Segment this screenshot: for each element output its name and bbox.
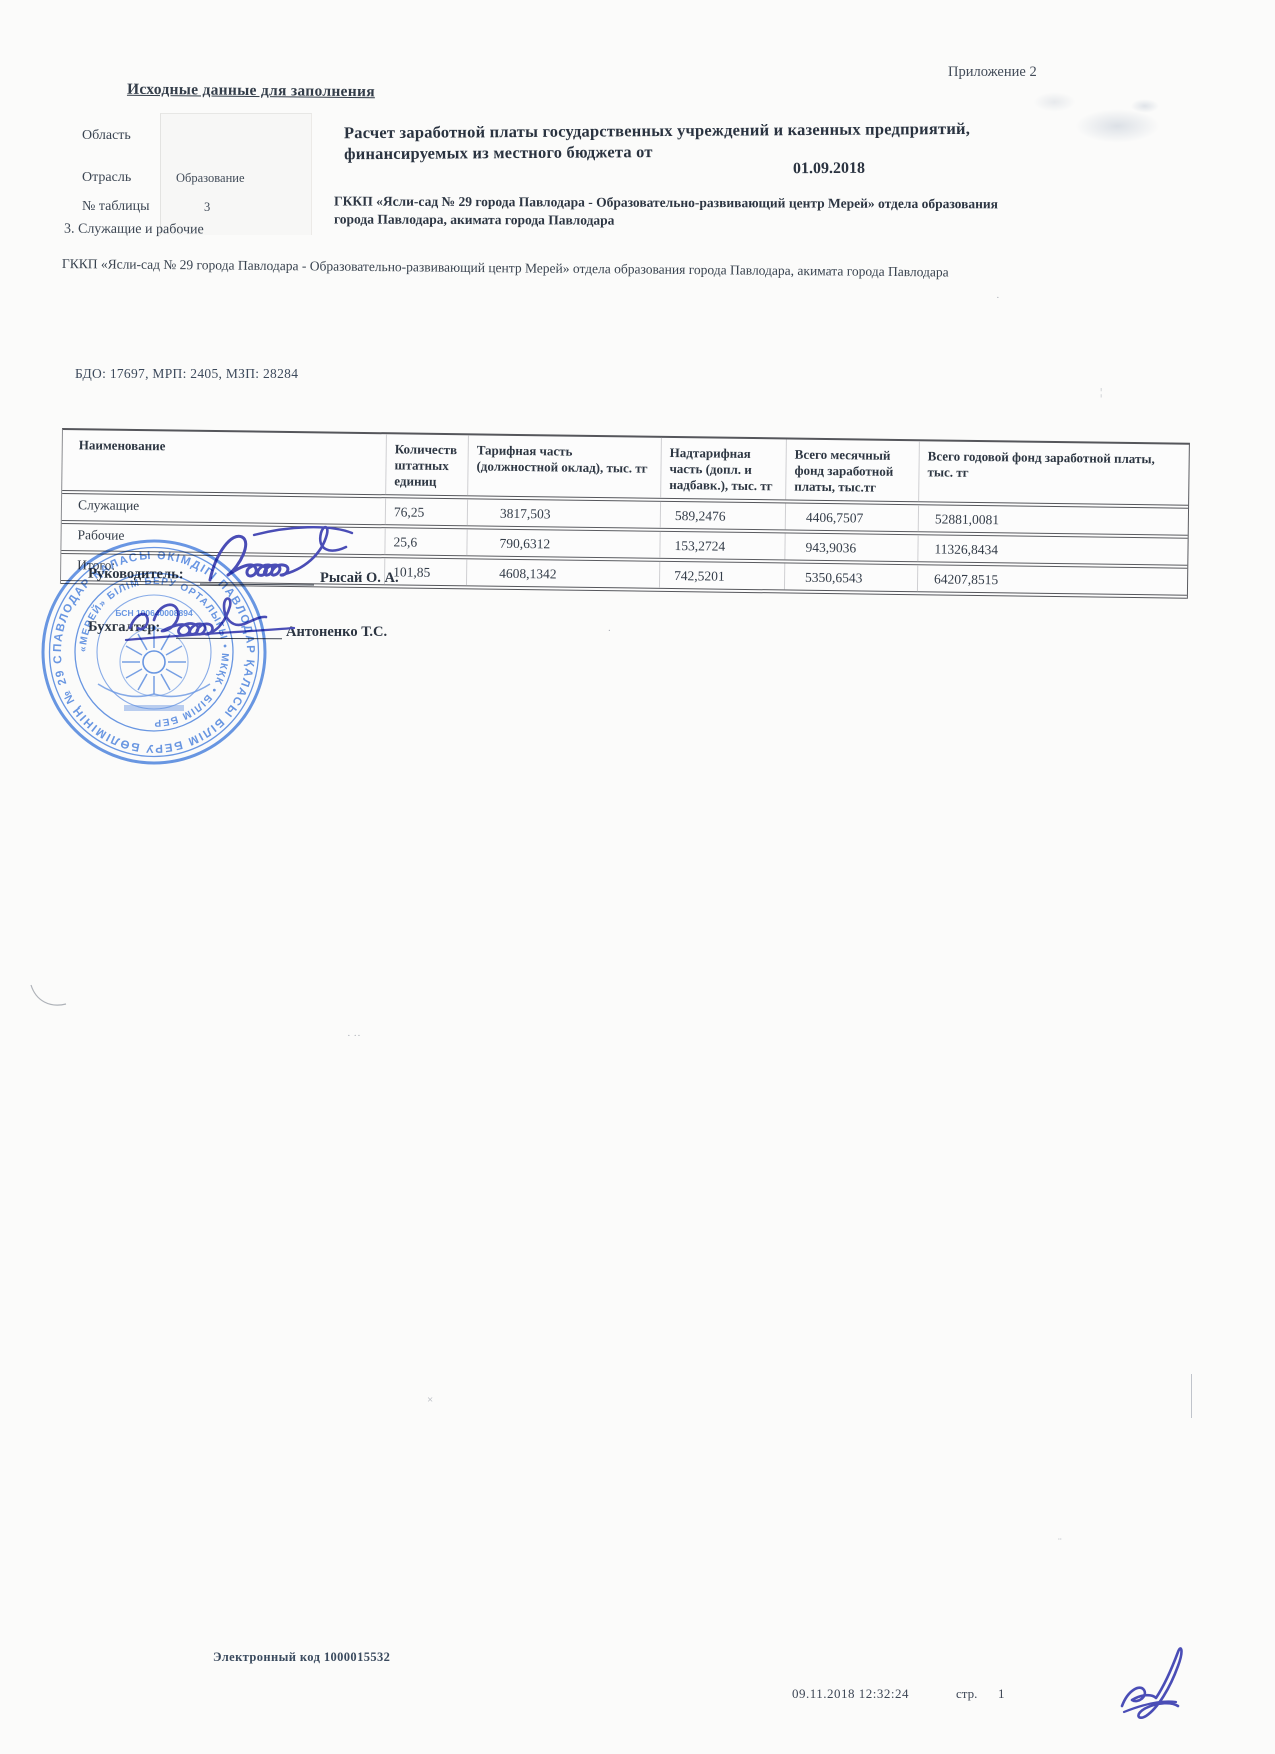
scan-edge-line: [1191, 1374, 1192, 1418]
cell-monthly-fund: 4406,7507: [785, 503, 918, 531]
cell-tariff: 3817,503: [467, 499, 660, 528]
col-header-staff-units: Количеств штатных единиц: [385, 434, 468, 495]
stamp-bsn-text: БСН 100640008894: [115, 608, 193, 618]
scan-dots: · ··: [347, 1030, 361, 1042]
cell-overtariff: 742,5201: [659, 562, 784, 590]
cell-staff-units: 25,6: [384, 528, 466, 555]
footer-handwritten-signature: [1104, 1642, 1192, 1734]
scan-dot: ·: [996, 292, 1000, 304]
constants-line: БДО: 17697, МРП: 2405, МЗП: 28284: [75, 366, 298, 382]
cell-overtariff: 153,2724: [659, 532, 784, 560]
table-no-label: № таблицы: [82, 199, 150, 215]
col-header-tariff: Тарифная часть (должностной оклад), тыс.…: [467, 435, 661, 498]
cell-monthly-fund: 5350,6543: [784, 563, 917, 591]
cell-annual-fund: 11326,8434: [917, 535, 1189, 565]
round-stamp: ПАВЛОДАР ҚАЛАСЫ ӘКІМДІГІ ПАВЛОДАР ҚАЛАСЫ…: [36, 534, 272, 770]
col-header-overtariff: Надтарифная часть (допл. и надбавк.), ты…: [660, 438, 786, 500]
appendix-label: Приложение 2: [948, 64, 1037, 81]
document-date: 01.09.2018: [793, 160, 865, 178]
scan-mark: ×: [427, 1394, 433, 1406]
cell-staff-units: 76,25: [385, 498, 467, 525]
page-label: стр.: [956, 1686, 977, 1702]
cell-annual-fund: 64207,8515: [917, 565, 1189, 595]
col-header-monthly-fund: Всего месячный фонд заработной платы, ты…: [785, 439, 919, 501]
scan-mark-curve: [28, 982, 70, 1012]
section-line: 3. Служащие и рабочие: [64, 222, 204, 239]
table-no-value: 3: [204, 200, 210, 215]
col-header-annual-fund: Всего годовой фонд заработной платы, тыс…: [918, 441, 1191, 505]
page-title: Исходные данные для заполнения: [127, 81, 375, 102]
cell-overtariff: 589,2476: [660, 502, 785, 530]
scan-mark: ¨: [1058, 1536, 1062, 1548]
scan-dot: .: [608, 622, 611, 634]
page-number: 1: [998, 1686, 1005, 1702]
organization-name-plain: ГККП «Ясли-сад № 29 города Павлодара - О…: [62, 256, 962, 281]
cell-tariff: 4608,1342: [466, 559, 659, 588]
scan-dot: ¦: [1100, 386, 1102, 398]
document-title: Расчет заработной платы государственных …: [344, 118, 984, 164]
col-header-name: Наименование: [62, 430, 386, 494]
electronic-code: Электронный код 1000015532: [213, 1650, 390, 1665]
print-datetime: 09.11.2018 12:32:24: [792, 1686, 909, 1702]
cell-tariff: 790,6312: [466, 529, 659, 558]
oblast-label: Область: [82, 128, 131, 144]
otrasl-value: Образование: [176, 171, 245, 186]
cell-monthly-fund: 943,9036: [784, 533, 917, 561]
otrasl-label: Отрасль: [82, 170, 131, 186]
scan-noise-patch: [960, 78, 1170, 158]
kazakhstan-emblem-icon: [98, 626, 210, 708]
cell-annual-fund: 52881,0081: [918, 505, 1190, 535]
organization-name-bold: ГККП «Ясли-сад № 29 города Павлодара - О…: [334, 192, 1034, 231]
